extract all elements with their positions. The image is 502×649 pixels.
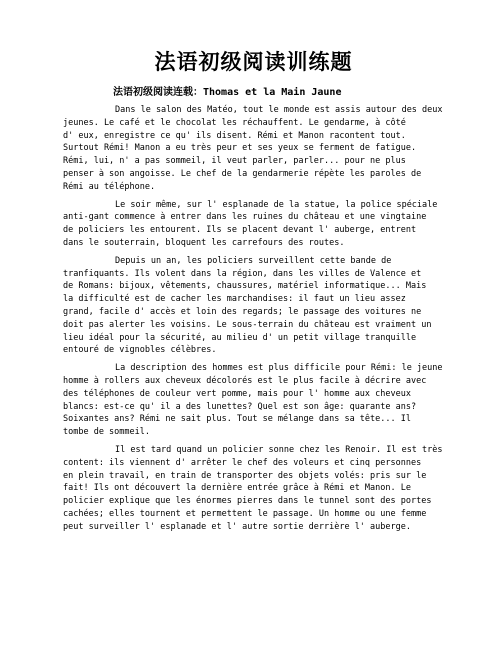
document-subtitle: 法语初级阅读连载：Thomas et la Main Jaune (63, 86, 444, 99)
paragraph: Il est tard quand un policier sonne chez… (63, 444, 444, 534)
paragraph: Depuis un an, les policiers surveillent … (63, 255, 444, 357)
page-title: 法语初级阅读训练题 (63, 46, 444, 77)
paragraph: Le soir même, sur l' esplanade de la sta… (63, 199, 444, 250)
document-page: 法语初级阅读训练题 法语初级阅读连载：Thomas et la Main Jau… (0, 0, 502, 649)
paragraph: La description des hommes est plus diffi… (63, 362, 444, 439)
paragraph: Dans le salon des Matéo, tout le monde e… (63, 104, 444, 194)
document-body: Dans le salon des Matéo, tout le monde e… (63, 104, 444, 534)
